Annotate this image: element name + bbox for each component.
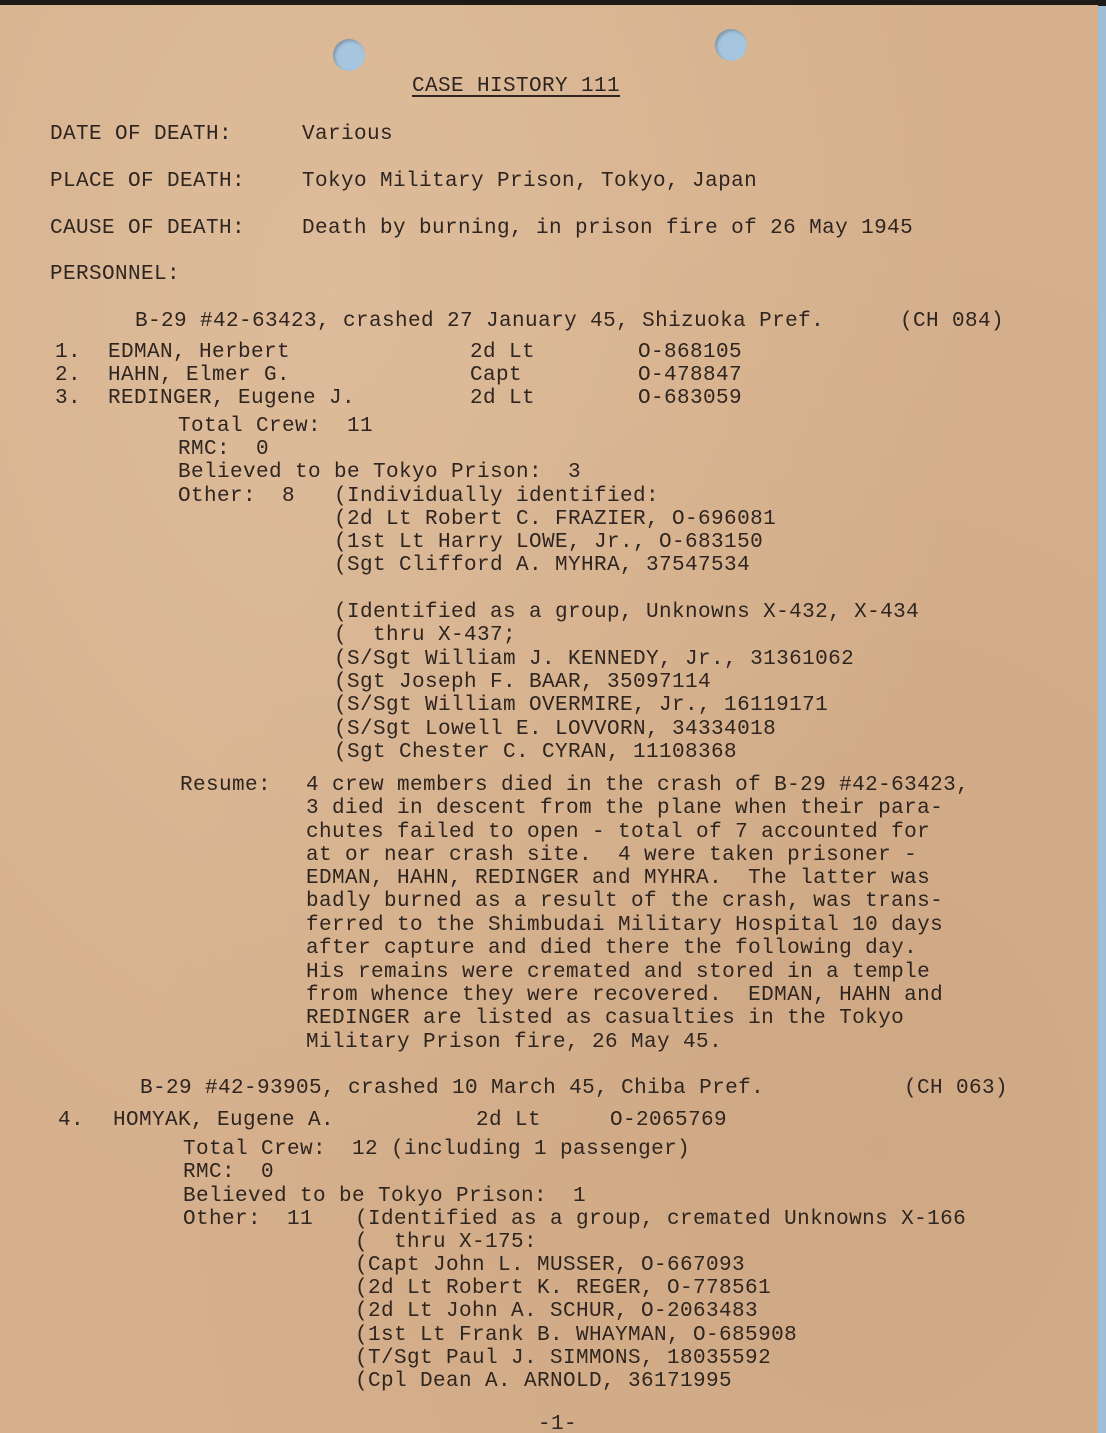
other-line: (2d Lt Robert C. FRAZIER, O-696081 bbox=[334, 508, 776, 531]
personnel-rank: Capt bbox=[470, 364, 522, 387]
personnel-label: PERSONNEL: bbox=[50, 263, 180, 286]
personnel-name: HOMYAK, Eugene A. bbox=[113, 1109, 334, 1132]
other-line: (Sgt Joseph F. BAAR, 35097114 bbox=[334, 671, 711, 694]
cause-of-death-value: Death by burning, in prison fire of 26 M… bbox=[302, 217, 913, 240]
resume-line: at or near crash site. 4 were taken pris… bbox=[306, 844, 917, 867]
other-line: (2d Lt John A. SCHUR, O-2063483 bbox=[355, 1300, 758, 1323]
personnel-num: 4. bbox=[58, 1109, 84, 1132]
resume-line: EDMAN, HAHN, REDINGER and MYHRA. The lat… bbox=[306, 867, 930, 890]
other-line: (Sgt Clifford A. MYHRA, 37547534 bbox=[334, 554, 750, 577]
section-1-header: B-29 #42-63423, crashed 27 January 45, S… bbox=[135, 310, 824, 333]
personnel-rank: 2d Lt bbox=[470, 387, 535, 410]
resume-line: chutes failed to open - total of 7 accou… bbox=[306, 821, 930, 844]
section-2-header: B-29 #42-93905, crashed 10 March 45, Chi… bbox=[140, 1077, 764, 1100]
other-line: (Sgt Chester C. CYRAN, 11108368 bbox=[334, 741, 737, 764]
section-2-ref: (CH 063) bbox=[904, 1077, 1008, 1100]
section-1-resume-label: Resume: bbox=[180, 774, 271, 797]
other-line: (S/Sgt William J. KENNEDY, Jr., 31361062 bbox=[334, 648, 854, 671]
section-1-believed: Believed to be Tokyo Prison: 3 bbox=[178, 461, 581, 484]
other-line: (2d Lt Robert K. REGER, O-778561 bbox=[355, 1277, 771, 1300]
other-line: (1st Lt Frank B. WHAYMAN, O-685908 bbox=[355, 1324, 797, 1347]
personnel-num: 1. bbox=[55, 341, 81, 364]
place-of-death-label: PLACE OF DEATH: bbox=[50, 170, 245, 193]
resume-line: Military Prison fire, 26 May 45. bbox=[306, 1031, 722, 1054]
resume-line: 3 died in descent from the plane when th… bbox=[306, 797, 943, 820]
resume-line: after capture and died there the followi… bbox=[306, 937, 917, 960]
personnel-rank: 2d Lt bbox=[470, 341, 535, 364]
other-line: (Cpl Dean A. ARNOLD, 36171995 bbox=[355, 1370, 732, 1393]
cause-of-death-label: CAUSE OF DEATH: bbox=[50, 217, 245, 240]
other-line: (Individually identified: bbox=[334, 485, 659, 508]
personnel-name: EDMAN, Herbert bbox=[108, 341, 290, 364]
resume-line: His remains were cremated and stored in … bbox=[306, 961, 930, 984]
personnel-serial: O-478847 bbox=[638, 364, 742, 387]
date-of-death-label: DATE OF DEATH: bbox=[50, 123, 232, 146]
other-line: (S/Sgt Lowell E. LOVVORN, 34334018 bbox=[334, 718, 776, 741]
resume-line: 4 crew members died in the crash of B-29… bbox=[306, 774, 969, 797]
other-line: ( thru X-175: bbox=[355, 1231, 537, 1254]
resume-line: ferred to the Shimbudai Military Hospita… bbox=[306, 914, 943, 937]
personnel-num: 2. bbox=[55, 364, 81, 387]
personnel-serial: O-868105 bbox=[638, 341, 742, 364]
page-number: -1- bbox=[538, 1413, 577, 1433]
personnel-rank: 2d Lt bbox=[476, 1109, 541, 1132]
personnel-name: HAHN, Elmer G. bbox=[108, 364, 290, 387]
resume-line: REDINGER are listed as casualties in the… bbox=[306, 1007, 904, 1030]
section-1-other-label: Other: 8 bbox=[178, 485, 295, 508]
other-line: (S/Sgt William OVERMIRE, Jr., 16119171 bbox=[334, 694, 828, 717]
resume-line: badly burned as a result of the crash, w… bbox=[306, 890, 943, 913]
date-of-death-value: Various bbox=[302, 123, 393, 146]
section-2-other-label: Other: 11 bbox=[183, 1208, 313, 1231]
personnel-serial: O-683059 bbox=[638, 387, 742, 410]
other-line: (Identified as a group, cremated Unknown… bbox=[355, 1208, 966, 1231]
section-2-rmc: RMC: 0 bbox=[183, 1161, 274, 1184]
section-2-total-crew: Total Crew: 12 (including 1 passenger) bbox=[183, 1138, 690, 1161]
section-1-rmc: RMC: 0 bbox=[178, 438, 269, 461]
personnel-serial: O-2065769 bbox=[610, 1109, 727, 1132]
other-line: (T/Sgt Paul J. SIMMONS, 18035592 bbox=[355, 1347, 771, 1370]
other-line: (1st Lt Harry LOWE, Jr., O-683150 bbox=[334, 531, 763, 554]
resume-line: from whence they were recovered. EDMAN, … bbox=[306, 984, 943, 1007]
section-2-believed: Believed to be Tokyo Prison: 1 bbox=[183, 1185, 586, 1208]
page-title: CASE HISTORY 111 bbox=[412, 75, 620, 98]
other-line: (Capt John L. MUSSER, O-667093 bbox=[355, 1254, 745, 1277]
other-line: (Identified as a group, Unknowns X-432, … bbox=[334, 601, 919, 624]
personnel-num: 3. bbox=[55, 387, 81, 410]
other-line: ( thru X-437; bbox=[334, 624, 516, 647]
personnel-name: REDINGER, Eugene J. bbox=[108, 387, 355, 410]
punch-hole-right bbox=[715, 29, 747, 61]
punch-hole-left bbox=[333, 39, 365, 71]
section-1-total-crew: Total Crew: 11 bbox=[178, 415, 373, 438]
place-of-death-value: Tokyo Military Prison, Tokyo, Japan bbox=[302, 170, 757, 193]
document-page: CASE HISTORY 111 DATE OF DEATH: Various … bbox=[0, 5, 1098, 1433]
section-1-ref: (CH 084) bbox=[900, 310, 1004, 333]
